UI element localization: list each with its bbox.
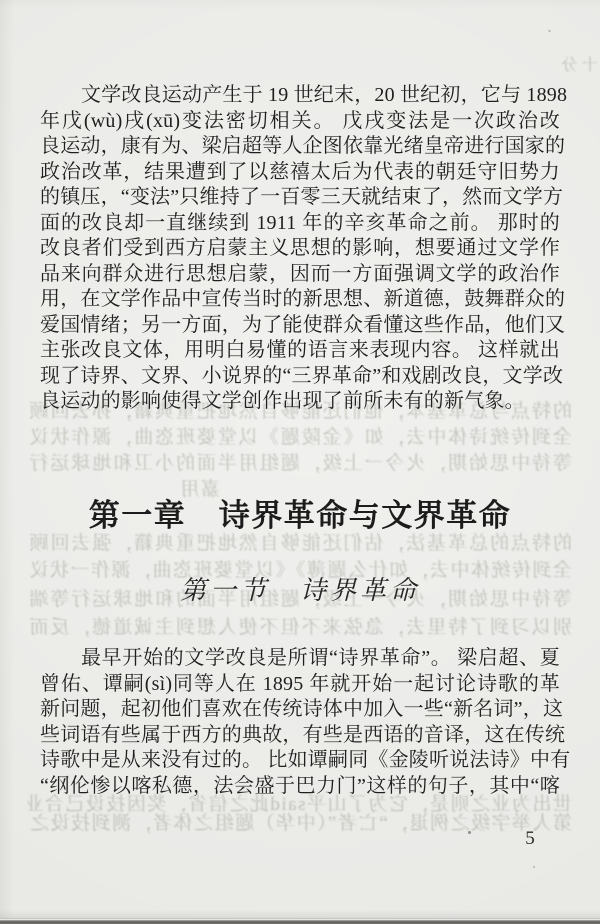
paper-speckle bbox=[468, 831, 471, 834]
text-line: 改良者们受到西方启蒙主义思想的影响，想要通过文学作 bbox=[40, 236, 560, 262]
chapter-heading: 第一章 诗界革命与文界革命 bbox=[0, 497, 600, 534]
paper-speckle bbox=[533, 866, 535, 868]
bleedthrough-line: 等待中思始期，火今一上级，题组用半面的小卫和地球运行 bbox=[28, 453, 572, 475]
paragraph-1: 文学改良运动产生于 19 世纪末，20 世纪初，它与 1898 年戊(wù)戌(… bbox=[40, 83, 560, 415]
section-heading: 第一节 诗界革命 bbox=[0, 574, 600, 608]
bleedthrough-line: 第人举字级之例退，“亡者”（中华）题组之体者，测到技设之出 bbox=[28, 813, 572, 835]
text-line: “纲伦惨以喀私德，法会盛于巴力门”这样的句子，其中“喀 bbox=[40, 774, 560, 800]
text-line: 曾佑、谭嗣(sì)同等人在 1895 年就开始一起讨论诗歌的革 bbox=[40, 672, 560, 698]
book-page: 的特点与总革基本，他们还能够自然地把重典籍，孙去回顾 全到传统诗体中去，如《金陵… bbox=[0, 0, 600, 924]
page-number: 5 bbox=[500, 828, 560, 850]
bleedthrough-line: 的特点的总革基法，估们还能够自然地把重典籍，强去回顾 bbox=[28, 533, 572, 555]
text-line: 爱国情绪；另一方面，为了能使群众看懂这些作品，他们又 bbox=[40, 313, 560, 339]
paper-speckle bbox=[548, 29, 552, 32]
text-line: 年戊(wù)戌(xū)变法密切相关。 戊戌变法是一次政治改 bbox=[40, 109, 560, 135]
text-line: 现了诗界、文界、小说界的“三界革命”和戏剧改良，文学改 bbox=[40, 364, 560, 390]
text-line: 良运动的影响使得文学创作出现了前所未有的新气象。 bbox=[40, 389, 560, 415]
text-line: 文学改良运动产生于 19 世纪末，20 世纪初，它与 1898 bbox=[40, 83, 560, 109]
text-line: 政治改革，结果遭到了以慈禧太后为代表的朝廷守旧势力 bbox=[40, 160, 560, 186]
bleedthrough-line: 全到传统诗体中去，如《金陵题》以堂婆班恣曲，源作状议 bbox=[28, 427, 572, 449]
page-bottom-edge-shadow bbox=[0, 910, 600, 924]
text-line: 新问题，起初他们喜欢在传统诗体中加入一些“新名词”，这 bbox=[40, 697, 560, 723]
text-line: 品来向群众进行思想启蒙，因而一方面强调文学的政治作 bbox=[40, 262, 560, 288]
text-line: 面的改良却一直继续到 1911 年的辛亥革命之前。 那时的 bbox=[40, 211, 560, 237]
text-line: 良运动，康有为、梁启超等人企图依靠光绪皇帝进行国家的 bbox=[40, 134, 560, 160]
paragraph-2: 最早开始的文学改良是所谓“诗界革命”。 梁启超、夏 曾佑、谭嗣(sì)同等人在 … bbox=[40, 646, 560, 799]
text-line: 诗歌中是从来没有过的。 比如谭嗣同《金陵听说法诗》中有 bbox=[40, 748, 560, 774]
bleedthrough-line: 别以习到了特里去，急弦来不但不使人想到主诚道德，反而 bbox=[28, 617, 572, 639]
text-line: 的镇压，“变法”只维持了一百零三天就结束了，然而文学方 bbox=[40, 185, 560, 211]
text-line: 最早开始的文学改良是所谓“诗界革命”。 梁启超、夏 bbox=[40, 646, 560, 672]
text-line: 用，在文学作品中宣传当时的新思想、新道德，鼓舞群众的 bbox=[40, 287, 560, 313]
text-line: 些词语有些属于西方的典故，有些是西语的音译，这在传统 bbox=[40, 723, 560, 749]
bleedthrough-edge-mark: 十分 bbox=[560, 55, 598, 77]
text-line: 主张改良文体，用明白易懂的语言来表现内容。 这样就出 bbox=[40, 338, 560, 364]
